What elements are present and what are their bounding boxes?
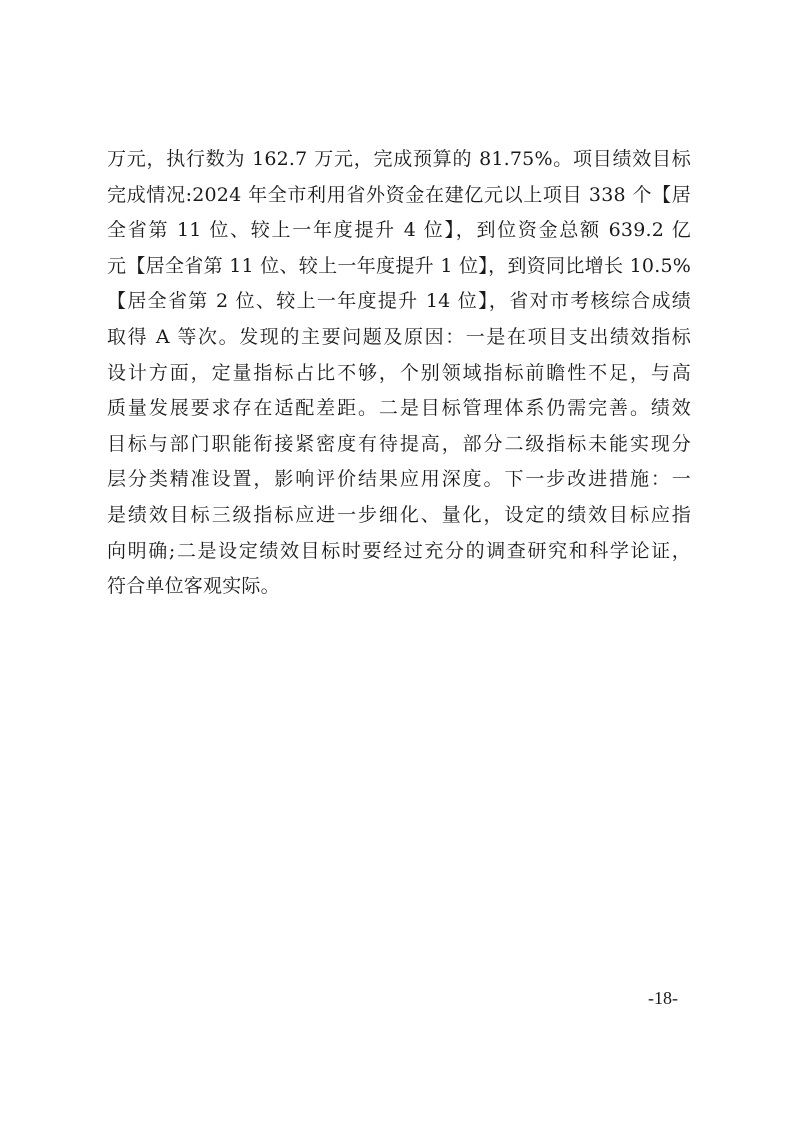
text-line: 是绩效目标三级指标应进一步细化、量化，设定的绩效目标应指 (107, 498, 691, 534)
text-line: 层分类精准设置，影响评价结果应用深度。下一步改进措施：一 (107, 462, 691, 498)
text-line: 元【居全省第 11 位、较上一年度提升 1 位】，到资同比增长 10.5% (107, 249, 691, 285)
text-line: 全省第 11 位、较上一年度提升 4 位】，到位资金总额 639.2 亿 (107, 213, 691, 249)
text-line: 向明确;二是设定绩效目标时要经过充分的调查研究和科学论证， (107, 534, 691, 570)
page-number: -18- (648, 988, 678, 1009)
text-line: 质量发展要求存在适配差距。二是目标管理体系仍需完善。绩效 (107, 391, 691, 427)
document-page: 万元，执行数为 162.7 万元，完成预算的 81.75%。项目绩效目标 完成情… (0, 0, 793, 1122)
text-line: 完成情况:2024 年全市利用省外资金在建亿元以上项目 338 个【居 (107, 178, 691, 214)
text-line: 设计方面，定量指标占比不够，个别领域指标前瞻性不足，与高 (107, 356, 691, 392)
text-line: 万元，执行数为 162.7 万元，完成预算的 81.75%。项目绩效目标 (107, 142, 691, 178)
text-line: 目标与部门职能衔接紧密度有待提高，部分二级指标未能实现分 (107, 427, 691, 463)
text-line: 【居全省第 2 位、较上一年度提升 14 位】，省对市考核综合成绩 (107, 284, 691, 320)
body-paragraph: 万元，执行数为 162.7 万元，完成预算的 81.75%。项目绩效目标 完成情… (107, 142, 691, 605)
text-line: 符合单位客观实际。 (107, 569, 691, 605)
text-line: 取得 A 等次。发现的主要问题及原因：一是在项目支出绩效指标 (107, 320, 691, 356)
